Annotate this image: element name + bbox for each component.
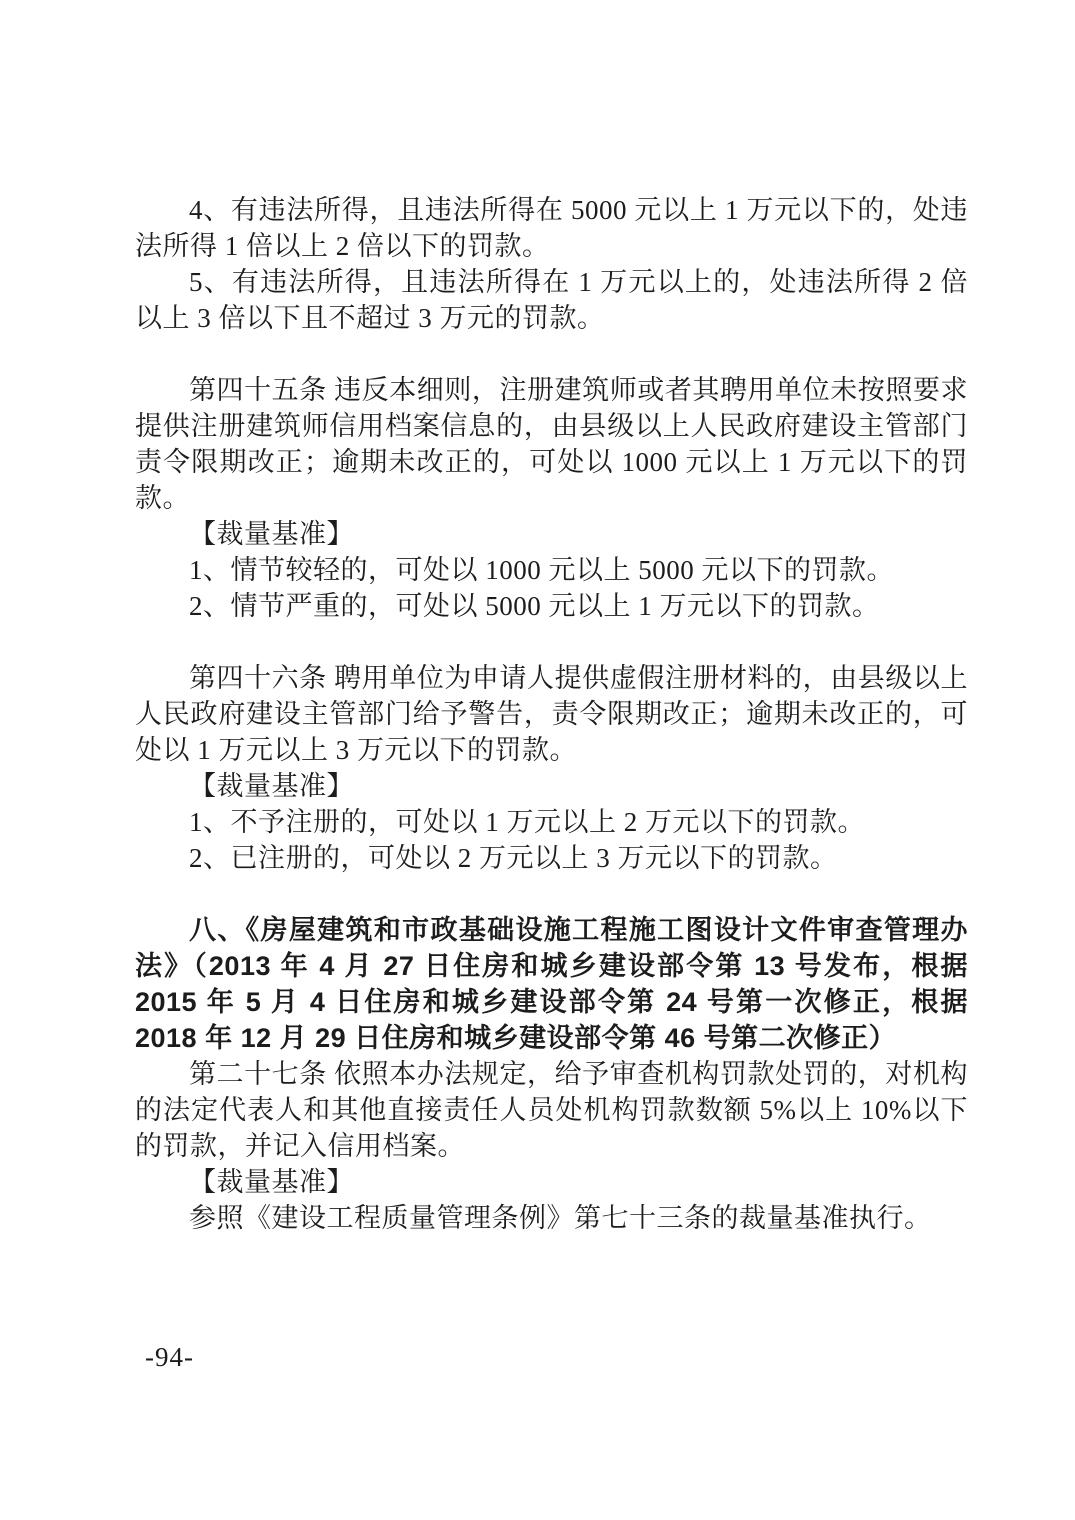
paragraph: 【裁量基准】 <box>135 768 968 804</box>
page-number: -94- <box>145 1342 194 1372</box>
paragraph: 2、情节严重的，可处以 5000 元以上 1 万元以下的罚款。 <box>135 588 968 624</box>
paragraph: 1、不予注册的，可处以 1 万元以上 2 万元以下的罚款。 <box>135 804 968 840</box>
section-heading: 八、《房屋建筑和市政基础设施工程施工图设计文件审查管理办法》（2013 年 4 … <box>135 912 968 1056</box>
document-page: 4、有违法所得，且违法所得在 5000 元以上 1 万元以下的，处违法所得 1 … <box>0 0 1075 1520</box>
paragraph: 4、有违法所得，且违法所得在 5000 元以上 1 万元以下的，处违法所得 1 … <box>135 192 968 264</box>
document-body: 4、有违法所得，且违法所得在 5000 元以上 1 万元以下的，处违法所得 1 … <box>135 192 968 1236</box>
paragraph-spacer <box>135 876 968 912</box>
paragraph: 【裁量基准】 <box>135 516 968 552</box>
paragraph: 第二十七条 依照本办法规定，给予审查机构罚款处罚的，对机构的法定代表人和其他直接… <box>135 1056 968 1164</box>
paragraph-spacer <box>135 336 968 372</box>
paragraph: 1、情节较轻的，可处以 1000 元以上 5000 元以下的罚款。 <box>135 552 968 588</box>
paragraph: 第四十五条 违反本细则，注册建筑师或者其聘用单位未按照要求提供注册建筑师信用档案… <box>135 372 968 516</box>
paragraph-spacer <box>135 624 968 660</box>
paragraph: 参照《建设工程质量管理条例》第七十三条的裁量基准执行。 <box>135 1200 968 1236</box>
paragraph: 2、已注册的，可处以 2 万元以上 3 万元以下的罚款。 <box>135 840 968 876</box>
paragraph: 【裁量基准】 <box>135 1164 968 1200</box>
paragraph: 5、有违法所得，且违法所得在 1 万元以上的，处违法所得 2 倍以上 3 倍以下… <box>135 264 968 336</box>
paragraph: 第四十六条 聘用单位为申请人提供虚假注册材料的，由县级以上人民政府建设主管部门给… <box>135 660 968 768</box>
